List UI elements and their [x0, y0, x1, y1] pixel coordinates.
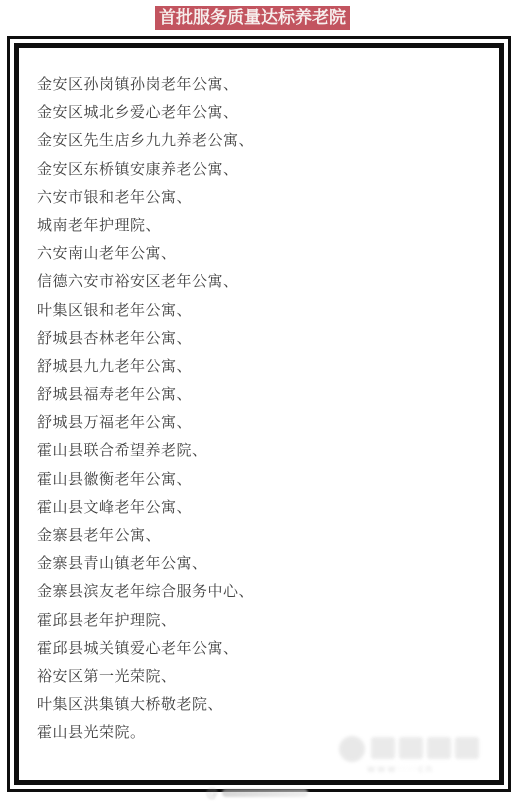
list-item: 金寨县老年公寓、	[37, 521, 489, 549]
list-item: 舒城县福寿老年公寓、	[37, 380, 489, 408]
list-item: 霍山县光荣院。	[37, 718, 489, 746]
list-item: 城南老年护理院、	[37, 211, 489, 239]
list-item: 叶集区洪集镇大桥敬老院、	[37, 690, 489, 718]
bottom-credit: @	[206, 786, 308, 800]
list-item: 六安市银和老年公寓、	[37, 183, 489, 211]
list-item: 金安区东桥镇安康养老公寓、	[37, 155, 489, 183]
list-item: 霍山县文峰老年公寓、	[37, 493, 489, 521]
credit-blurred-text	[222, 789, 308, 797]
outer-frame: 金安区孙岗镇孙岗老年公寓、金安区城北乡爱心老年公寓、金安区先生店乡九九养老公寓、…	[7, 36, 511, 792]
list-item: 金寨县青山镇老年公寓、	[37, 549, 489, 577]
list-item: 信德六安市裕安区老年公寓、	[37, 267, 489, 295]
list-item: 六安南山老年公寓、	[37, 239, 489, 267]
list-item: 舒城县万福老年公寓、	[37, 408, 489, 436]
inner-frame: 金安区孙岗镇孙岗老年公寓、金安区城北乡爱心老年公寓、金安区先生店乡九九养老公寓、…	[14, 43, 504, 785]
list-item: 金安区先生店乡九九养老公寓、	[37, 126, 489, 154]
list-item: 舒城县杏林老年公寓、	[37, 324, 489, 352]
watermark-url: www····cn	[367, 764, 434, 775]
list-item: 叶集区银和老年公寓、	[37, 296, 489, 324]
list-item: 霍邱县老年护理院、	[37, 606, 489, 634]
list-item: 霍山县联合希望养老院、	[37, 436, 489, 464]
page-title: 首批服务质量达标养老院	[155, 6, 350, 30]
list-item: 舒城县九九老年公寓、	[37, 352, 489, 380]
list-item: 金安区孙岗镇孙岗老年公寓、	[37, 70, 489, 98]
page: { "title": { "text": "首批服务质量达标养老院", "bg_…	[0, 0, 518, 804]
list-item: 金寨县滨友老年综合服务中心、	[37, 577, 489, 605]
nursing-home-list: 金安区孙岗镇孙岗老年公寓、金安区城北乡爱心老年公寓、金安区先生店乡九九养老公寓、…	[19, 48, 499, 747]
list-item: 霍山县徽衡老年公寓、	[37, 465, 489, 493]
list-item: 裕安区第一光荣院、	[37, 662, 489, 690]
list-item: 霍邱县城关镇爱心老年公寓、	[37, 634, 489, 662]
at-symbol: @	[206, 786, 218, 800]
list-item: 金安区城北乡爱心老年公寓、	[37, 98, 489, 126]
